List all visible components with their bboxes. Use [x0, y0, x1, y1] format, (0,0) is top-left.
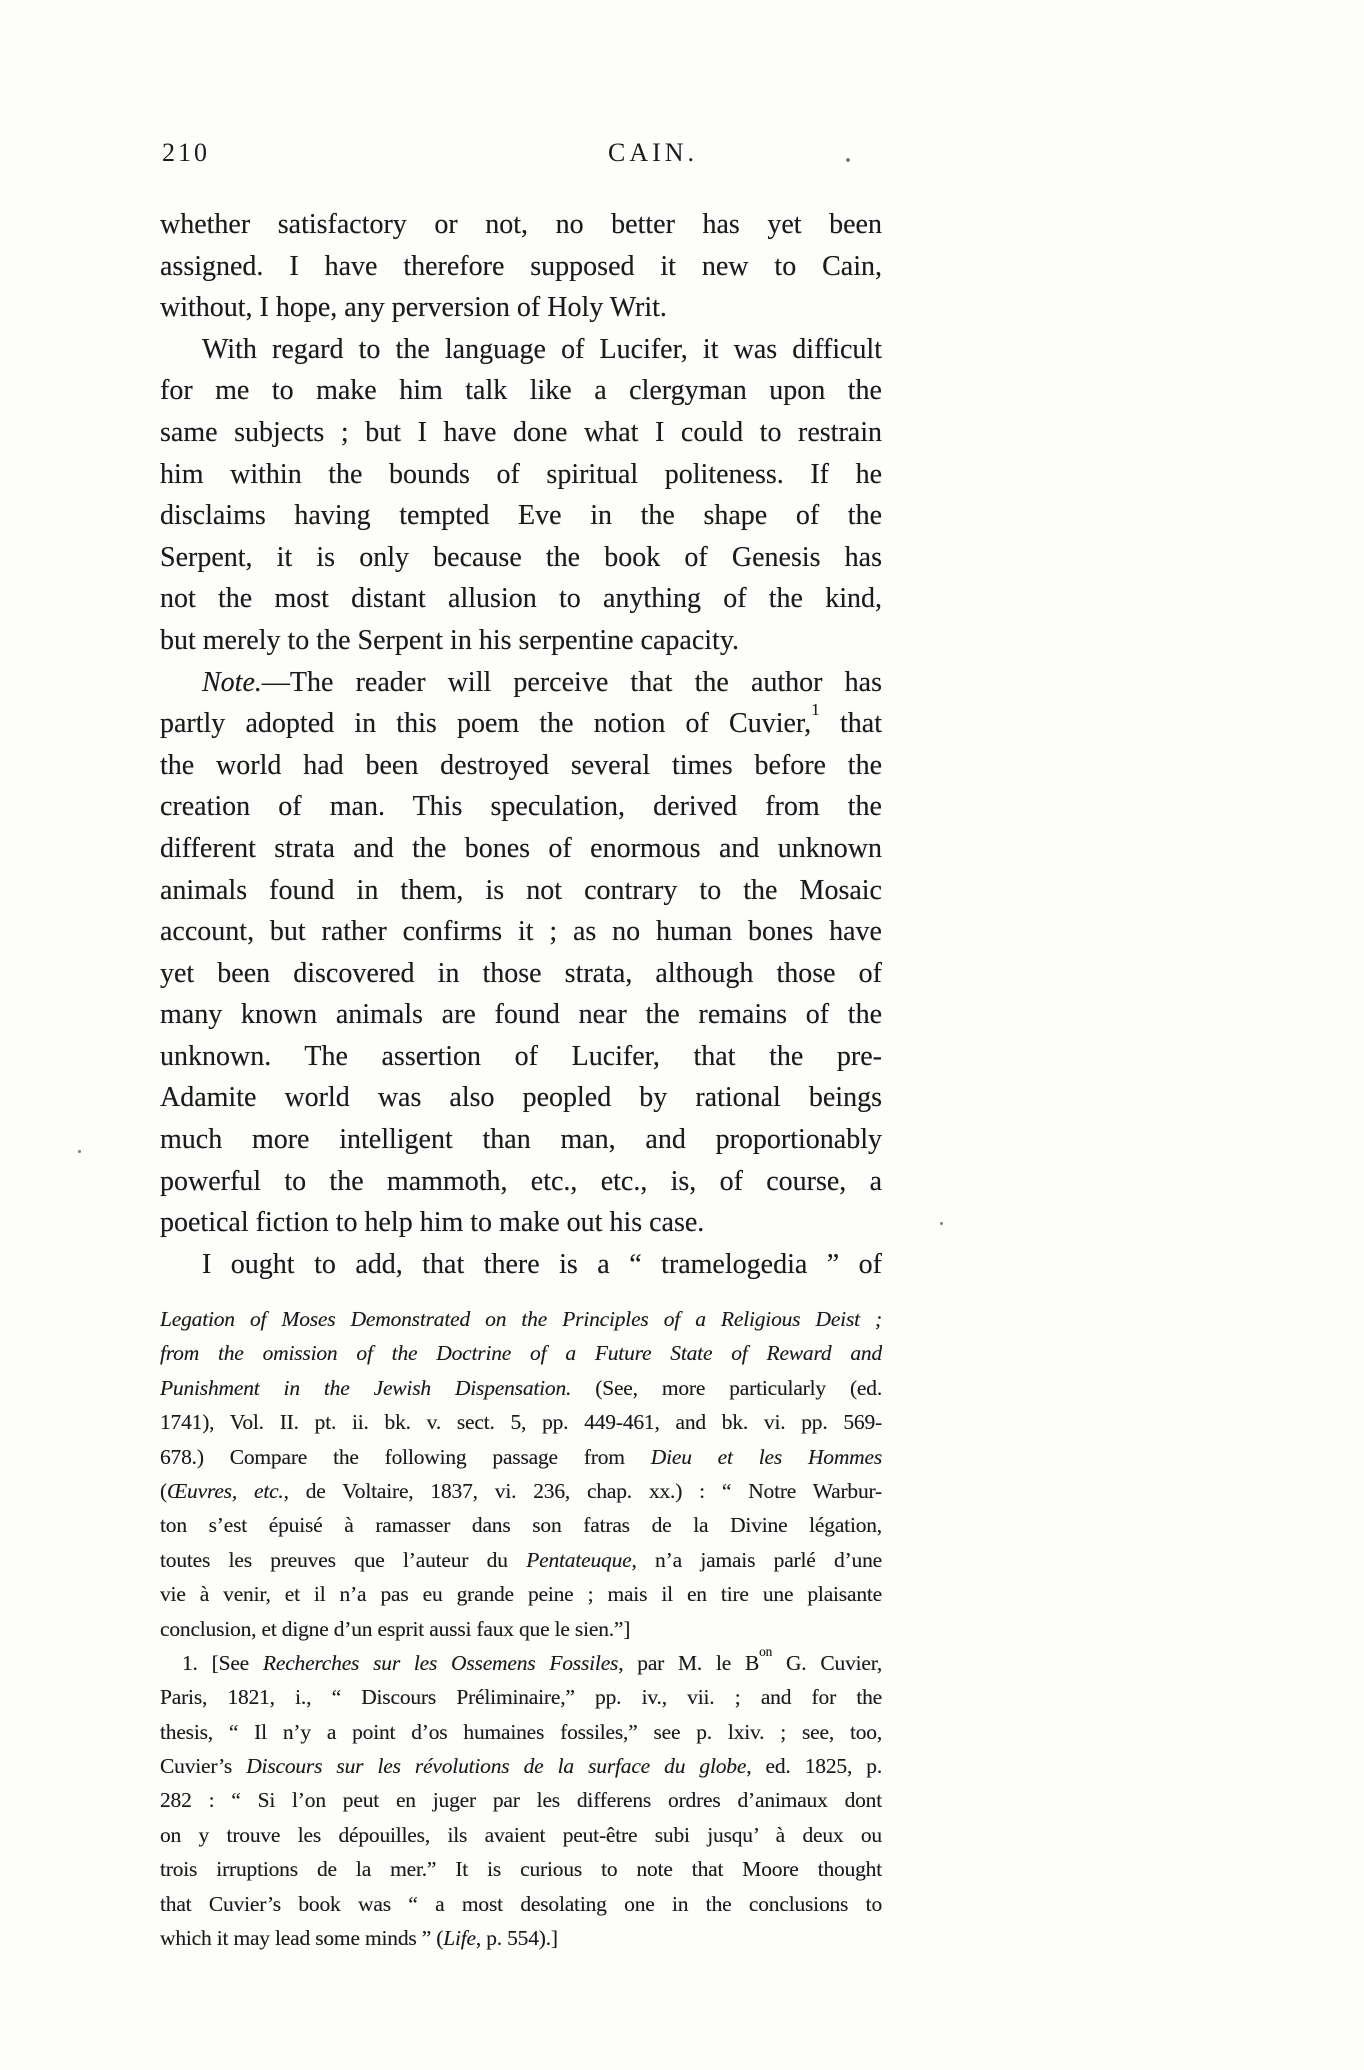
body-line: poetical fiction to help him to make out…	[160, 1202, 882, 1244]
body-line: partly adopted in this poem the notion o…	[160, 703, 882, 745]
running-title: CAIN.	[608, 138, 698, 168]
footnote-line: trois irruptions de la mer.” It is curio…	[160, 1852, 882, 1886]
footnote-line: Cuvier’s Discours sur les révolutions de…	[160, 1749, 882, 1783]
footnote-line: vie à venir, et il n’a pas eu grande pei…	[160, 1577, 882, 1611]
footnote-line: which it may lead some minds ” (Life, p.…	[160, 1921, 882, 1955]
body-line: creation of man. This speculation, deriv…	[160, 786, 882, 828]
body-line: same subjects ; but I have done what I c…	[160, 412, 882, 454]
body-line: yet been discovered in those strata, alt…	[160, 953, 882, 995]
body-line: Serpent, it is only because the book of …	[160, 537, 882, 579]
body-line: assigned. I have therefore supposed it n…	[160, 246, 882, 288]
footnote-line: on y trouve les dépouilles, ils avaient …	[160, 1818, 882, 1852]
footnote-line: Paris, 1821, i., “ Discours Préliminaire…	[160, 1680, 882, 1714]
body-line: not the most distant allusion to anythin…	[160, 578, 882, 620]
footnote-line: from the omission of the Doctrine of a F…	[160, 1336, 882, 1370]
footnote-line: 1741), Vol. II. pt. ii. bk. v. sect. 5, …	[160, 1405, 882, 1439]
scan-speck	[846, 158, 850, 162]
page-number: 210	[162, 138, 210, 168]
body-line: the world had been destroyed several tim…	[160, 745, 882, 787]
body-line: Note.—The reader will perceive that the …	[160, 662, 882, 704]
footnote-line: Punishment in the Jewish Dispensation. (…	[160, 1371, 882, 1405]
scan-page: 210 CAIN. whether satisfactory or not, n…	[0, 0, 1364, 2070]
body-line: him within the bounds of spiritual polit…	[160, 454, 882, 496]
body-line: Adamite world was also peopled by ration…	[160, 1077, 882, 1119]
body-line: much more intelligent than man, and prop…	[160, 1119, 882, 1161]
footnote-line: (Œuvres, etc., de Voltaire, 1837, vi. 23…	[160, 1474, 882, 1508]
footnote-text: Legation of Moses Demonstrated on the Pr…	[160, 1302, 882, 1955]
body-line: I ought to add, that there is a “ tramel…	[160, 1244, 882, 1286]
footnote-line: 678.) Compare the following passage from…	[160, 1440, 882, 1474]
page-header: 210 CAIN.	[160, 138, 882, 178]
footnote-line: conclusion, et digne d’un esprit aussi f…	[160, 1612, 882, 1646]
footnote-line: Legation of Moses Demonstrated on the Pr…	[160, 1302, 882, 1336]
body-line: account, but rather confirms it ; as no …	[160, 911, 882, 953]
body-line: disclaims having tempted Eve in the shap…	[160, 495, 882, 537]
footnote-line: 282 : “ Si l’on peut en juger par les di…	[160, 1783, 882, 1817]
body-line: powerful to the mammoth, etc., etc., is,…	[160, 1161, 882, 1203]
scan-speck	[78, 1150, 81, 1153]
body-text: whether satisfactory or not, no better h…	[160, 204, 882, 1285]
body-line: different strata and the bones of enormo…	[160, 828, 882, 870]
body-line: without, I hope, any perversion of Holy …	[160, 287, 882, 329]
footnote-line: ton s’est épuisé à ramasser dans son fat…	[160, 1508, 882, 1542]
footnote-line: thesis, “ Il n’y a point d’os humaines f…	[160, 1715, 882, 1749]
body-line: but merely to the Serpent in his serpent…	[160, 620, 882, 662]
body-line: animals found in them, is not contrary t…	[160, 870, 882, 912]
scan-speck	[940, 1222, 943, 1225]
footnote-line: that Cuvier’s book was “ a most desolati…	[160, 1887, 882, 1921]
footnote-line: toutes les preuves que l’auteur du Penta…	[160, 1543, 882, 1577]
body-line: With regard to the language of Lucifer, …	[160, 329, 882, 371]
footnote-line: 1. [See Recherches sur les Ossemens Foss…	[160, 1646, 882, 1680]
body-line: unknown. The assertion of Lucifer, that …	[160, 1036, 882, 1078]
body-line: for me to make him talk like a clergyman…	[160, 370, 882, 412]
body-line: many known animals are found near the re…	[160, 994, 882, 1036]
body-line: whether satisfactory or not, no better h…	[160, 204, 882, 246]
